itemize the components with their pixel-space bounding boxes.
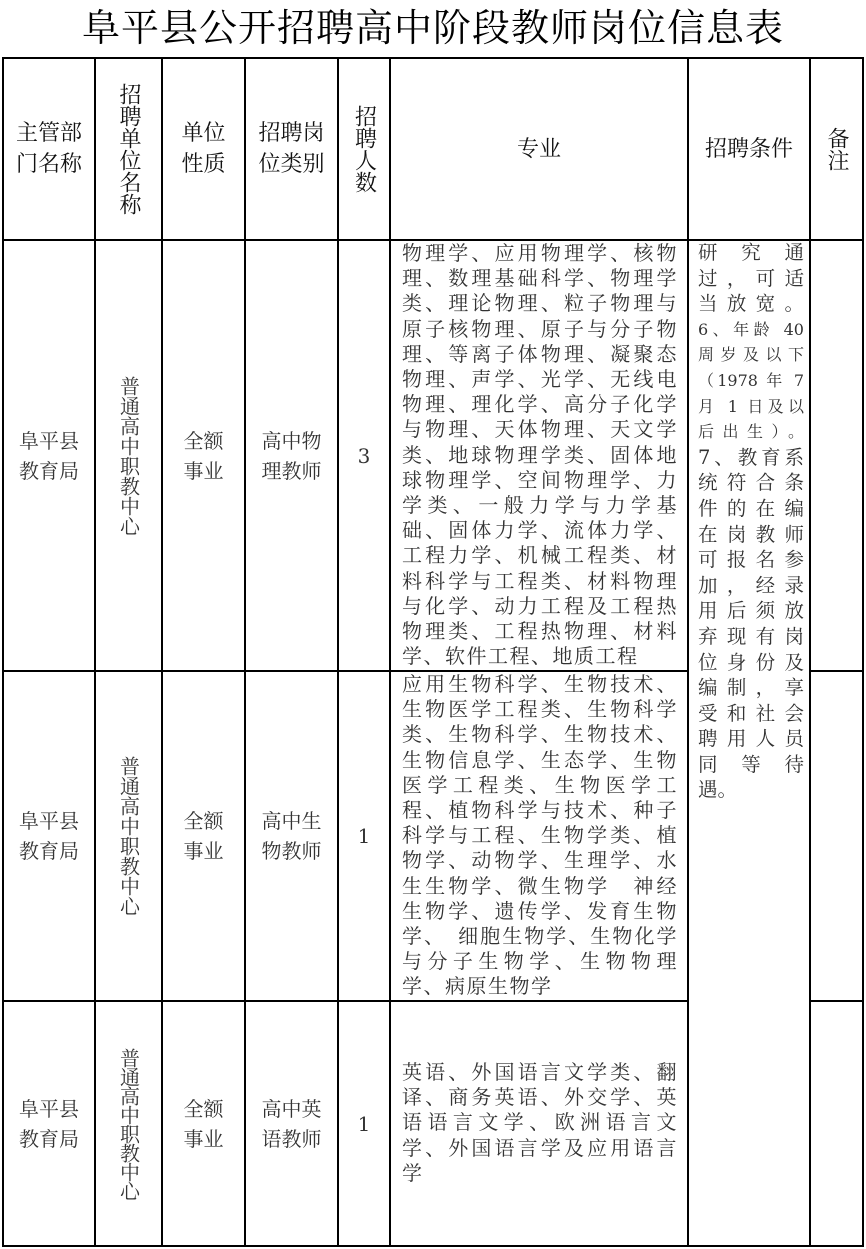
table-row-1-department: 阜平县教育局: [4, 241, 94, 670]
table-row-3-department: 阜平县教育局: [4, 1002, 94, 1245]
table-row-2-department: 阜平县教育局: [4, 672, 94, 1000]
col-line-8: [862, 57, 864, 1247]
header-major: 专业: [391, 59, 687, 239]
header-conditions: 招聘条件: [689, 59, 809, 239]
table-row-1-notes: [811, 241, 862, 670]
table-row-2-unit: 普通高中职教中心: [96, 672, 161, 1000]
header-notes: 备注: [811, 59, 862, 239]
table-row-1-count: 3: [339, 241, 389, 670]
header-department: 主管部门名称: [4, 59, 94, 239]
table-row-2-position: 高中生物教师: [246, 672, 337, 1000]
header-position: 招聘岗位类别: [246, 59, 337, 239]
recruitment-table: 主管部门名称 招聘单位名称 单位性质 招聘岗位类别 招聘人数 专业 招聘条件 备…: [0, 0, 866, 1249]
table-row-3-notes: [811, 1002, 862, 1245]
table-row-3-position: 高中英语教师: [246, 1002, 337, 1245]
recruitment-conditions: 研 究 通 过，可适 当放宽。 6、年龄 40 周岁及以下 （1978 年 7 …: [698, 240, 804, 803]
table-row-3-count: 1: [339, 1002, 389, 1245]
header-unit: 招聘单位名称: [96, 59, 161, 239]
table-row-2-major: 应用生物科学、生物技术、生物医学工程类、生物科学类、生物科学、生物技术、生物信息…: [402, 672, 678, 1000]
table-row-2-count: 1: [339, 672, 389, 1000]
table-row-3-unit: 普通高中职教中心: [96, 1002, 161, 1245]
table-row-1-position: 高中物理教师: [246, 241, 337, 670]
table-row-3-unit-type: 全额事业: [163, 1002, 244, 1245]
table-row-2-unit-type: 全额事业: [163, 672, 244, 1000]
header-count: 招聘人数: [339, 59, 389, 239]
table-row-2-notes: [811, 672, 862, 1000]
header-unit-type: 单位性质: [163, 59, 244, 239]
table-row-1-unit-type: 全额事业: [163, 241, 244, 670]
table-row-3-major: 英语、外国语言文学类、翻译、商务英语、外交学、英语语言文学、欧洲语言文学、外国语…: [402, 1060, 678, 1186]
table-border-bottom: [2, 1245, 864, 1247]
table-row-1-unit: 普通高中职教中心: [96, 241, 161, 670]
table-row-1-major: 物理学、应用物理学、核物理、数理基础科学、物理学类、理论物理、粒子物理与原子核物…: [402, 241, 678, 669]
